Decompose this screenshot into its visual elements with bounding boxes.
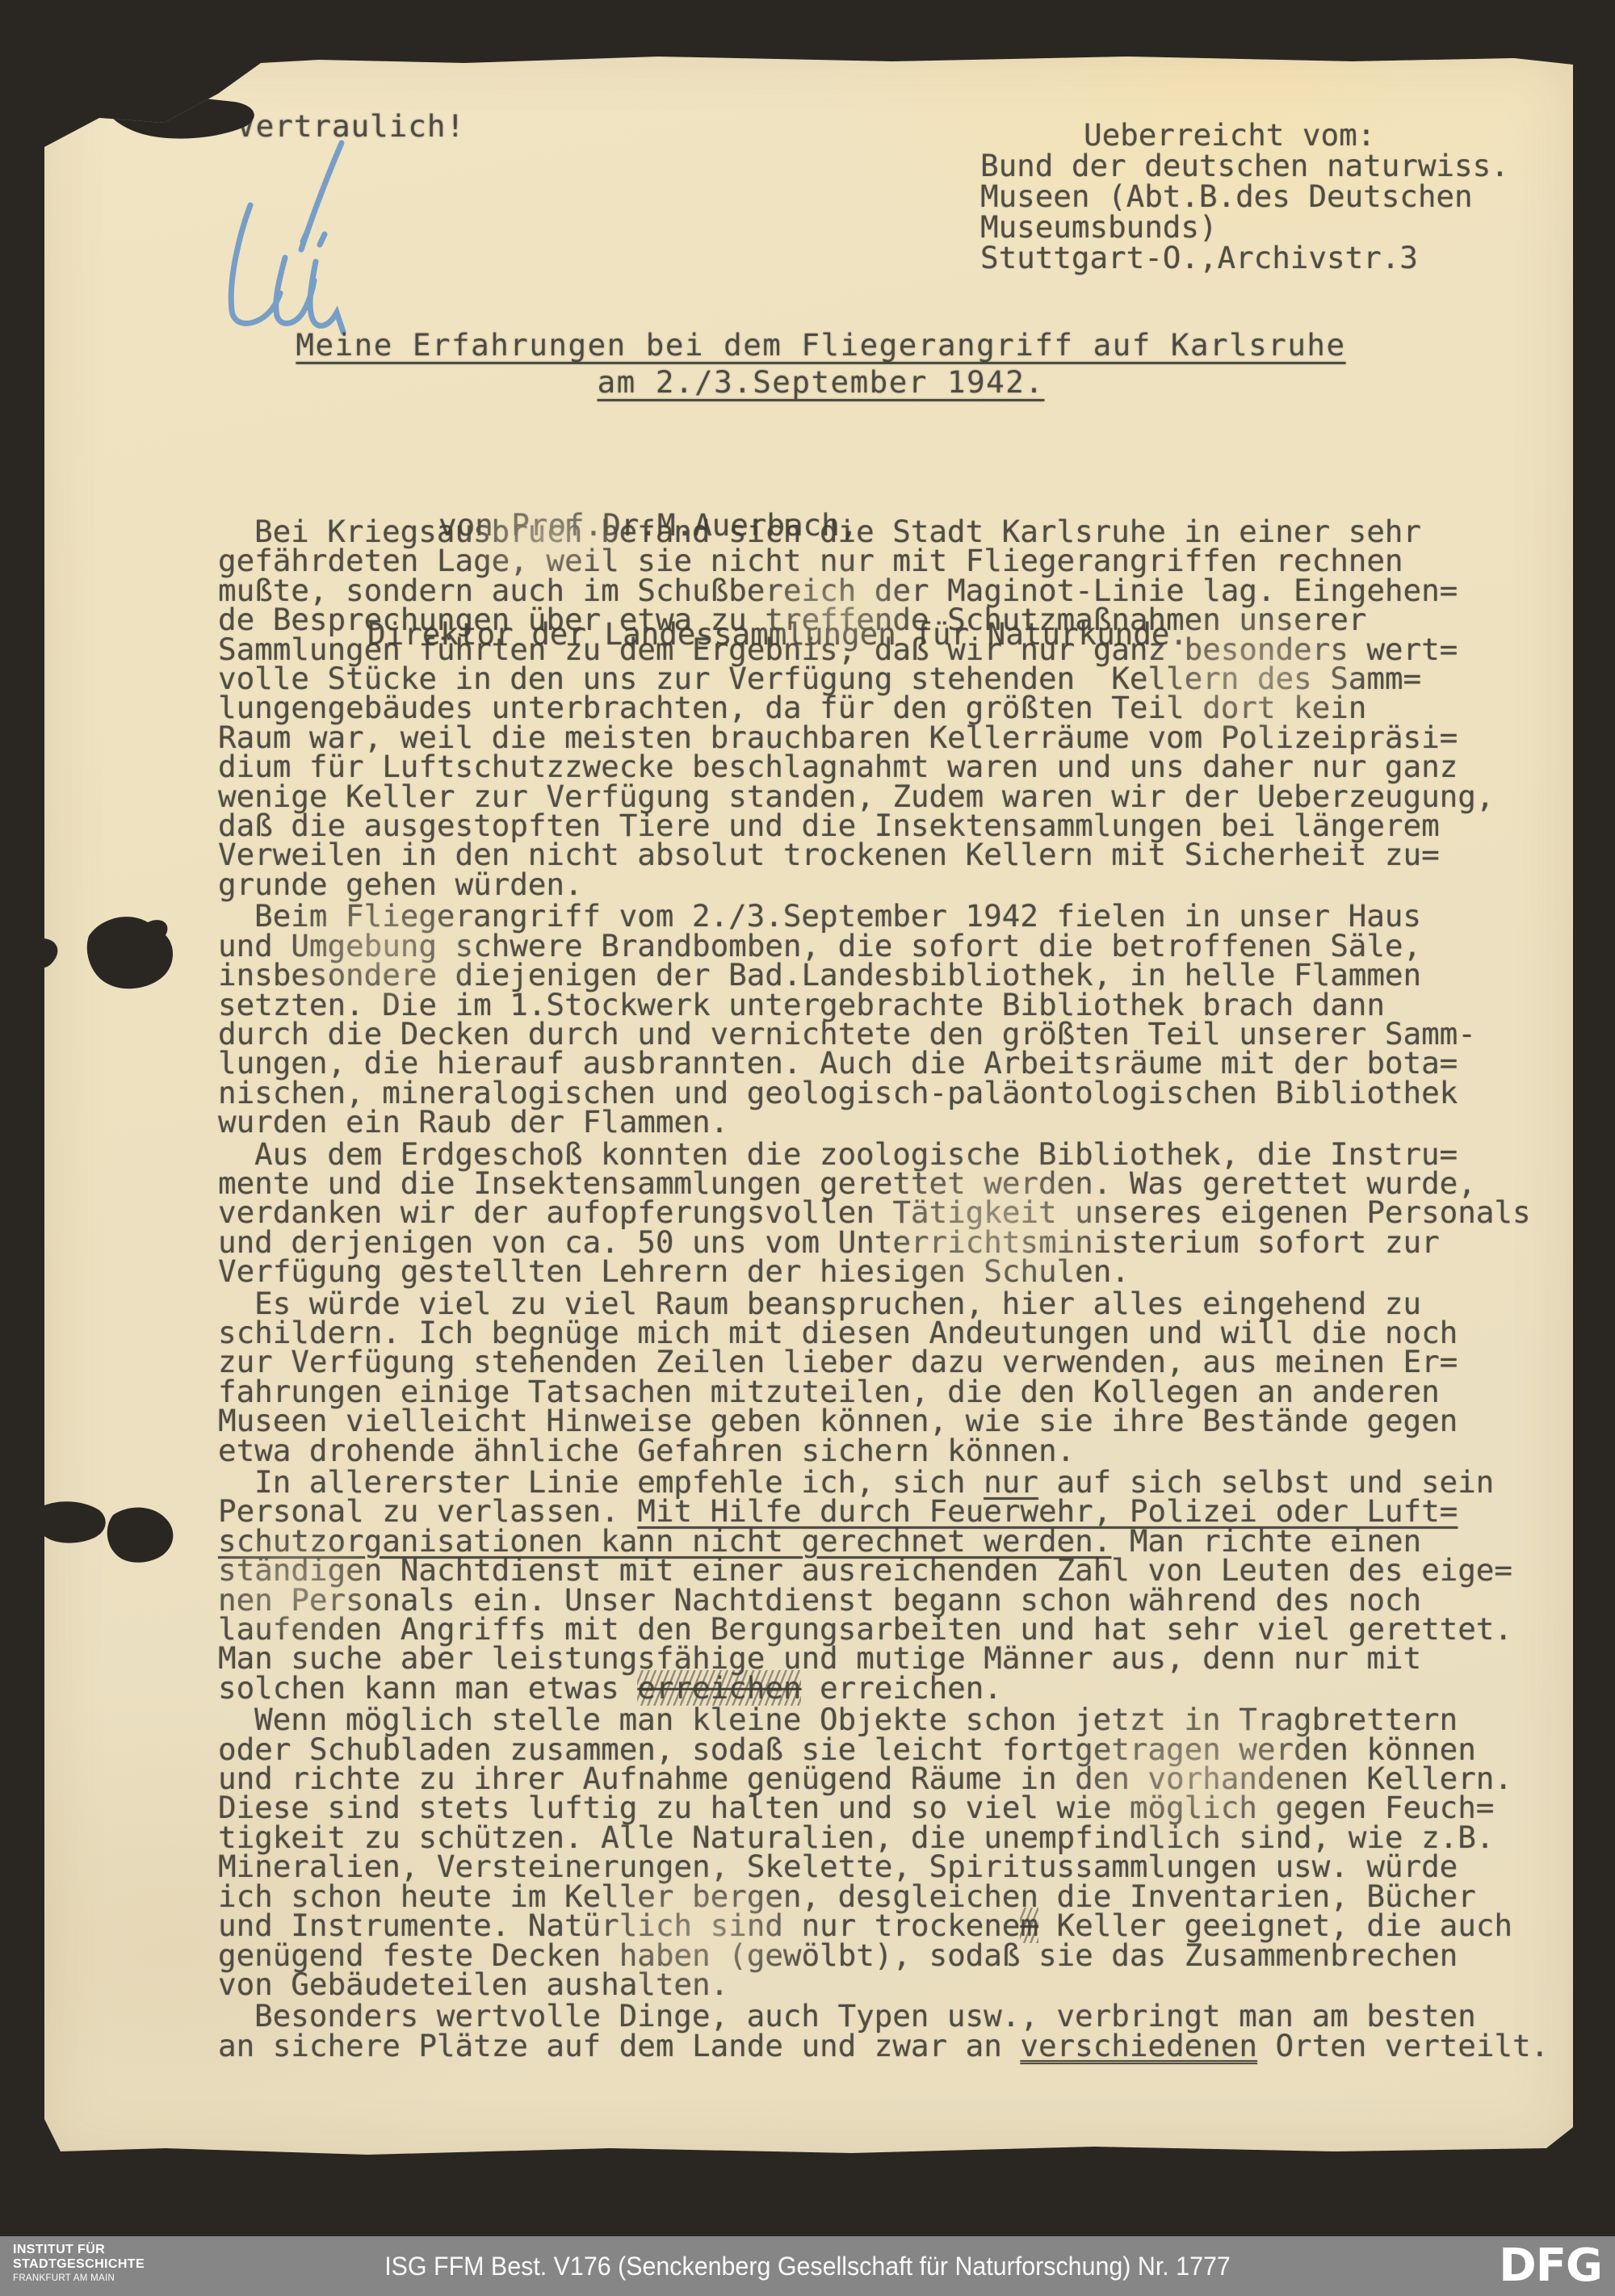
body-line: tigkeit zu schützen. Alle Naturalien, di… bbox=[218, 1823, 1591, 1852]
body-line: daß die ausgestopften Tiere und die Inse… bbox=[218, 811, 1591, 840]
paragraph: In allererster Linie empfehle ich, sich … bbox=[218, 1467, 1591, 1702]
body-line: Verweilen in den nicht absolut trockenen… bbox=[218, 840, 1591, 869]
body-line: Museen vielleicht Hinweise geben können,… bbox=[218, 1406, 1591, 1435]
hole-2-edge-lobe bbox=[44, 1501, 106, 1543]
body-line: insbesondere diejenigen der Bad.Landesbi… bbox=[218, 960, 1591, 989]
body-line: Verfügung gestellten Lehrern der hiesige… bbox=[218, 1257, 1591, 1286]
paragraph: Bei Kriegsausbruch befand sich die Stadt… bbox=[218, 517, 1591, 899]
body-line: Man suche aber leistungsfähige und mutig… bbox=[218, 1643, 1591, 1673]
hole-1 bbox=[87, 917, 173, 988]
body-line: und derjenigen von ca. 50 uns vom Unterr… bbox=[218, 1228, 1591, 1257]
body-line: setzten. Die im 1.Stockwerk untergebrach… bbox=[218, 990, 1591, 1019]
body-line: ständigen Nachtdienst mit einer ausreich… bbox=[218, 1555, 1591, 1585]
body-line: ich schon heute im Keller bergen, desgle… bbox=[218, 1882, 1591, 1911]
body-line: mente und die Insektensammlungen gerette… bbox=[218, 1169, 1591, 1198]
body-line: verdanken wir der aufopferungsvollen Tät… bbox=[218, 1198, 1591, 1227]
body-line: Mineralien, Versteinerungen, Skelette, S… bbox=[218, 1852, 1591, 1881]
body-line: an sichere Plätze auf dem Lande und zwar… bbox=[218, 2031, 1591, 2060]
body-line: schildern. Ich begnüge mich mit diesen A… bbox=[218, 1318, 1591, 1347]
body-line: Aus dem Erdgeschoß konnten die zoologisc… bbox=[218, 1140, 1591, 1169]
body-line: von Gebäudeteilen aushalten. bbox=[218, 1970, 1591, 1999]
body-line: etwa drohende ähnliche Gefahren sichern … bbox=[218, 1436, 1591, 1465]
body-line: und Umgebung schwere Brandbomben, die so… bbox=[218, 931, 1591, 960]
body-line: nischen, mineralogischen und geologisch-… bbox=[218, 1078, 1591, 1107]
body-line: Diese sind stets luftig zu halten und so… bbox=[218, 1793, 1591, 1822]
hole-2 bbox=[107, 1508, 174, 1563]
body-line: Wenn möglich stelle man kleine Objekte s… bbox=[218, 1705, 1591, 1734]
body-line: mußte, sondern auch im Schußbereich der … bbox=[218, 576, 1591, 605]
body-line: wenige Keller zur Verfügung standen, Zud… bbox=[218, 782, 1591, 811]
body-line: Personal zu verlassen. Mit Hilfe durch F… bbox=[218, 1496, 1591, 1526]
presented-by-line: Ueberreicht vom: bbox=[980, 120, 1509, 150]
body-line: und richte zu ihrer Aufnahme genügend Rä… bbox=[218, 1764, 1591, 1793]
body-line: nen Personals ein. Unser Nachtdienst beg… bbox=[218, 1585, 1591, 1614]
body-line: dium für Luftschutzzwecke beschlagnahmt … bbox=[218, 752, 1591, 781]
body-line: volle Stücke in den uns zur Verfügung st… bbox=[218, 664, 1591, 693]
archive-reference: ISG FFM Best. V176 (Senckenberg Gesellsc… bbox=[40, 2236, 1575, 2296]
body-line: Es würde viel zu viel Raum beanspruchen,… bbox=[218, 1289, 1591, 1318]
presented-by-line: Stuttgart-O.,Archivstr.3 bbox=[980, 242, 1509, 273]
body-text: Bei Kriegsausbruch befand sich die Stadt… bbox=[218, 517, 1591, 2060]
body-line: lungen, die hierauf ausbrannten. Auch di… bbox=[218, 1048, 1591, 1077]
hole-1-edge-nub bbox=[44, 938, 57, 968]
body-line: In allererster Linie empfehle ich, sich … bbox=[218, 1467, 1591, 1496]
body-line: zur Verfügung stehenden Zeilen lieber da… bbox=[218, 1347, 1591, 1376]
document-title: Meine Erfahrungen bei dem Fliegerangriff… bbox=[57, 326, 1585, 401]
body-line: und Instrumente. Natürlich sind nur troc… bbox=[218, 1911, 1591, 1940]
paragraph: Es würde viel zu viel Raum beanspruchen,… bbox=[218, 1289, 1591, 1465]
presented-by-line: Bund der deutschen naturwiss. bbox=[980, 150, 1509, 181]
body-line: durch die Decken durch und vernichtete d… bbox=[218, 1019, 1591, 1048]
archive-footer-bar: ISG FFM Best. V176 (Senckenberg Gesellsc… bbox=[0, 2236, 1615, 2296]
body-line: genügend feste Decken haben (gewölbt), s… bbox=[218, 1941, 1591, 1970]
scanned-document-page: Vertraulich! Ueberreicht vom:Bund der de… bbox=[0, 0, 1615, 2296]
body-line: fahrungen einige Tatsachen mitzuteilen, … bbox=[218, 1377, 1591, 1406]
paragraph: Besonders wertvolle Dinge, auch Typen us… bbox=[218, 2001, 1591, 2060]
body-line: de Besprechungen über etwa zu treffende … bbox=[218, 605, 1591, 634]
body-line: wurden ein Raub der Flammen. bbox=[218, 1107, 1591, 1136]
body-line: Beim Fliegerangriff vom 2./3.September 1… bbox=[218, 901, 1591, 930]
title-line-1: Meine Erfahrungen bei dem Fliegerangriff… bbox=[57, 326, 1585, 363]
isg-logo-line-2: STADTGESCHICHTE bbox=[13, 2257, 145, 2272]
body-line: oder Schubladen zusammen, sodaß sie leic… bbox=[218, 1735, 1591, 1764]
body-line: laufenden Angriffs mit den Bergungsarbei… bbox=[218, 1614, 1591, 1643]
isg-logo-line-3: FRANKFURT AM MAIN bbox=[13, 2272, 145, 2285]
body-line: schutzorganisationen kann nicht gerechne… bbox=[218, 1526, 1591, 1555]
title-line-2: am 2./3.September 1942. bbox=[57, 363, 1585, 401]
body-line: Sammlungen führten zu dem Ergebnis, daß … bbox=[218, 635, 1591, 664]
body-line: Bei Kriegsausbruch befand sich die Stadt… bbox=[218, 517, 1591, 546]
body-line: solchen kann man etwas erreichen erreich… bbox=[218, 1673, 1591, 1702]
body-line: Raum war, weil die meisten brauchbaren K… bbox=[218, 723, 1591, 752]
paragraph: Aus dem Erdgeschoß konnten die zoologisc… bbox=[218, 1140, 1591, 1287]
presented-by-block: Ueberreicht vom:Bund der deutschen natur… bbox=[980, 120, 1509, 273]
body-line: gefährdeten Lage, weil sie nicht nur mit… bbox=[218, 546, 1591, 575]
paragraph: Wenn möglich stelle man kleine Objekte s… bbox=[218, 1705, 1591, 1999]
presented-by-line: Museumsbunds) bbox=[980, 212, 1509, 242]
isg-logo-line-1: INSTITUT FÜR bbox=[13, 2243, 145, 2257]
paper-sheet: Vertraulich! Ueberreicht vom:Bund der de… bbox=[44, 52, 1573, 2158]
body-line: Besonders wertvolle Dinge, auch Typen us… bbox=[218, 2001, 1591, 2030]
handwritten-blue-mark bbox=[190, 128, 384, 338]
body-line: lungengebäudes unterbrachten, da für den… bbox=[218, 693, 1591, 722]
dfg-logo: DFG bbox=[1499, 2241, 1602, 2291]
paragraph: Beim Fliegerangriff vom 2./3.September 1… bbox=[218, 901, 1591, 1136]
body-line: grunde gehen würden. bbox=[218, 870, 1591, 899]
presented-by-line: Museen (Abt.B.des Deutschen bbox=[980, 181, 1509, 212]
isg-institute-logo: INSTITUT FÜR STADTGESCHICHTE FRANKFURT A… bbox=[13, 2243, 145, 2285]
